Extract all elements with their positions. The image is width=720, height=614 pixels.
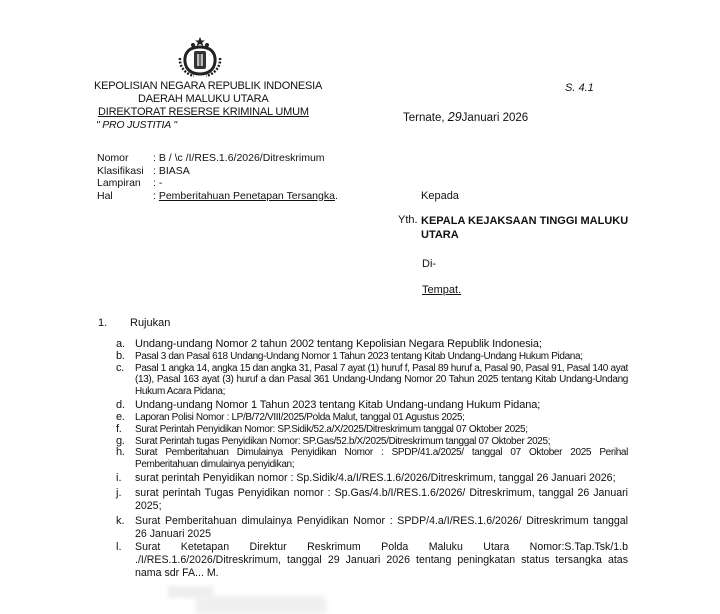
list-item: c.Pasal 1 angka 14, angka 15 dan angka 3… — [116, 363, 628, 398]
kepada-label: Kepada — [421, 190, 459, 202]
meta-hal: Hal : Pemberitahuan Penetapan Tersangka. — [97, 190, 338, 203]
pro-justitia-tag: " PRO JUSTITIA " — [94, 119, 324, 132]
letter-page: KEPOLISIAN NEGARA REPUBLIK INDONESIA DAE… — [0, 0, 720, 614]
org-region: DAERAH MALUKU UTARA — [94, 93, 324, 106]
list-item: a.Undang-undang Nomor 2 tahun 2002 tenta… — [116, 338, 628, 351]
meta-lampiran: Lampiran : - — [97, 177, 338, 190]
meta-nomor: Nomor : B / \c /I/RES.1.6/2026/Ditreskri… — [97, 152, 338, 165]
tempat-label: Tempat. — [422, 284, 461, 296]
place: Ternate, — [403, 112, 445, 124]
list-item: i.surat perintah Penyidikan nomor : Sp.S… — [116, 472, 628, 485]
handwritten-day: 29 — [448, 110, 462, 124]
section-title: Rujukan — [130, 317, 170, 329]
redaction-blur — [196, 596, 326, 614]
place-date: Ternate, 29Januari 2026 — [403, 110, 528, 124]
addressee-name: KEPALA KEJAKSAAN TINGGI MALUKU UTARA — [421, 214, 636, 242]
letterhead: KEPOLISIAN NEGARA REPUBLIK INDONESIA DAE… — [94, 80, 324, 132]
list-item: k.Surat Pemberitahuan dimulainya Penyidi… — [116, 515, 628, 541]
month-year: Januari 2026 — [462, 112, 529, 124]
list-item: b.Pasal 3 dan Pasal 618 Undang-Undang No… — [116, 351, 628, 363]
section-number: 1. — [98, 317, 107, 329]
subject: Pemberitahuan Penetapan Tersangka — [159, 190, 335, 202]
list-item: h.Surat Pemberitahuan Dimulainya Penyidi… — [116, 447, 628, 470]
list-item: l.Surat Ketetapan Direktur Reskrimum Pol… — [116, 541, 628, 580]
yth-label: Yth. — [398, 214, 421, 226]
meta-klasifikasi: Klasifikasi : BIASA — [97, 165, 338, 178]
list-item: g.Surat Perintah tugas Penyidikan Nomor:… — [116, 436, 628, 448]
reference-list: a.Undang-undang Nomor 2 tahun 2002 tenta… — [116, 334, 628, 580]
letter-meta: Nomor : B / \c /I/RES.1.6/2026/Ditreskri… — [97, 152, 338, 202]
org-name: KEPOLISIAN NEGARA REPUBLIK INDONESIA — [94, 80, 324, 93]
list-item: f.Surat Perintah Penyidikan Nomor: SP.Si… — [116, 424, 628, 436]
form-code: S. 4.1 — [565, 82, 594, 94]
list-item: j.surat perintah Tugas Penyidikan nomor … — [116, 487, 628, 513]
di-label: Di- — [422, 258, 436, 270]
addressee: Yth.KEPALA KEJAKSAAN TINGGI MALUKU UTARA — [398, 214, 636, 242]
org-directorate: DIREKTORAT RESERSE KRIMINAL UMUM — [94, 106, 324, 119]
list-item: e.Laporan Polisi Nomor : LP/B/72/VIII/20… — [116, 412, 628, 424]
list-item: d.Undang-undang Nomor 1 Tahun 2023 tenta… — [116, 399, 628, 412]
police-emblem-icon — [176, 36, 224, 78]
